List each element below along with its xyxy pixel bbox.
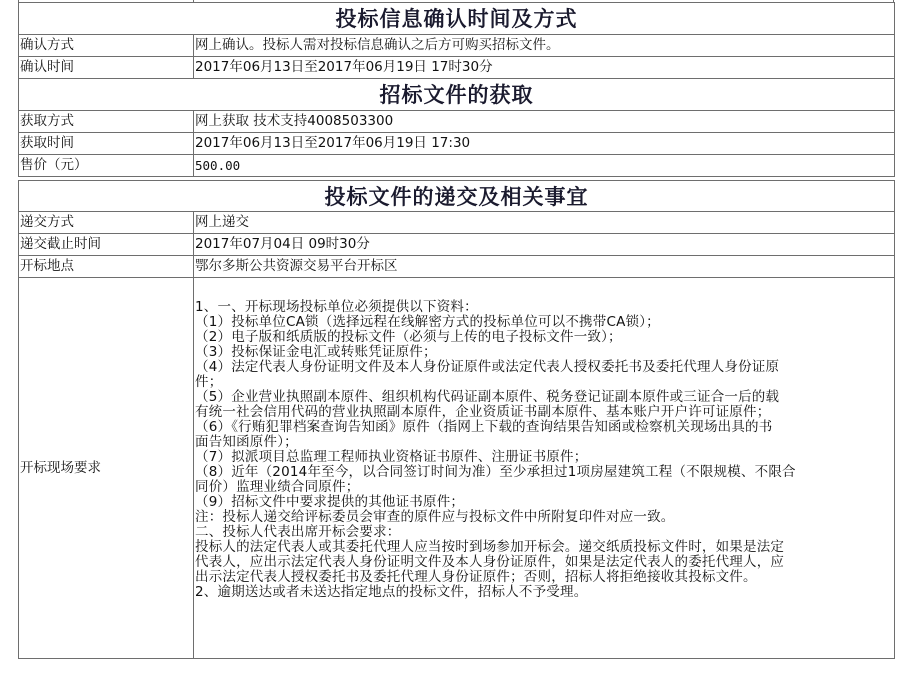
requirements-line: 面告知函原件）； — [195, 435, 886, 450]
requirements-line: （9）招标文件中要求提供的其他证书原件； — [195, 495, 886, 510]
section-heading-submission: 投标文件的递交及相关事宜 — [19, 181, 895, 212]
table-row: 确认方式 网上确认。投标人需对投标信息确认之后方可购买招标文件。 — [19, 35, 895, 57]
row-label: 获取方式 — [19, 111, 194, 133]
bid-submission-table: 投标文件的递交及相关事宜 递交方式 网上递交 递交截止时间 2017年07月04… — [18, 180, 895, 659]
requirements-line: （3）投标保证金电汇或转账凭证原件； — [195, 345, 886, 360]
requirements-line: （4）法定代表人身份证明文件及本人身份证原件或法定代表人授权委托书及委托代理人身… — [195, 360, 886, 375]
table-row: 递交截止时间 2017年07月04日 09时30分 — [19, 234, 895, 256]
row-value: 2017年07月04日 09时30分 — [194, 234, 895, 256]
requirements-line: 代表人，应出示法定代表人身份证明文件及本人身份证原件，如果是法定代表人的委托代理… — [195, 555, 886, 570]
requirements-line: 二、投标人代表出席开标会要求： — [195, 525, 886, 540]
row-label: 确认时间 — [19, 57, 194, 79]
row-value: 网上获取 技术支持4008503300 — [194, 111, 895, 133]
requirements-line: 1、一、开标现场投标单位必须提供以下资料： — [195, 300, 886, 315]
requirements-line: 件； — [195, 375, 886, 390]
row-label: 递交方式 — [19, 212, 194, 234]
row-value: 网上递交 — [194, 212, 895, 234]
requirements-line: 2、逾期送达或者未送达指定地点的投标文件，招标人不予受理。 — [195, 585, 886, 600]
bid-info-table: 投标信息确认时间及方式 确认方式 网上确认。投标人需对投标信息确认之后方可购买招… — [18, 2, 895, 177]
table-row: 开标地点 鄂尔多斯公共资源交易平台开标区 — [19, 256, 895, 278]
requirements-line: 注：投标人递交给评标委员会审查的原件应与投标文件中所附复印件对应一致。 — [195, 510, 886, 525]
requirements-line: （2）电子版和纸质版的投标文件（必须与上传的电子投标文件一致）； — [195, 330, 886, 345]
requirements-line: 投标人的法定代表人或其委托代理人应当按时到场参加开标会。递交纸质投标文件时，如果… — [195, 540, 886, 555]
requirements-text: 1、一、开标现场投标单位必须提供以下资料： （1）投标单位CA锁（选择远程在线解… — [194, 278, 895, 659]
requirements-line: 同价）监理业绩合同原件； — [195, 480, 886, 495]
row-label: 售价（元） — [19, 155, 194, 177]
requirements-line: 出示法定代表人授权委托书及委托代理人身份证原件；否则，招标人将拒绝接收其投标文件… — [195, 570, 886, 585]
table-row-requirements: 开标现场要求 1、一、开标现场投标单位必须提供以下资料： （1）投标单位CA锁（… — [19, 278, 895, 659]
requirements-line: （1）投标单位CA锁（选择远程在线解密方式的投标单位可以不携带CA锁）； — [195, 315, 886, 330]
row-value: 网上确认。投标人需对投标信息确认之后方可购买招标文件。 — [194, 35, 895, 57]
row-value: 2017年06月13日至2017年06月19日 17:30 — [194, 133, 895, 155]
table-row: 递交方式 网上递交 — [19, 212, 895, 234]
requirements-line: （8）近年（2014年至今，以合同签订时间为准）至少承担过1项房屋建筑工程（不限… — [195, 465, 886, 480]
requirements-line: 有统一社会信用代码的营业执照副本原件，企业资质证书副本原件、基本账户开户许可证原… — [195, 405, 886, 420]
section-heading-confirmation: 投标信息确认时间及方式 — [19, 3, 895, 35]
requirements-line: （6）《行贿犯罪档案查询告知函》原件（指网上下载的查询结果告知函或检察机关现场出… — [195, 420, 886, 435]
row-label: 开标现场要求 — [19, 278, 194, 659]
section-heading-document-acquisition: 招标文件的获取 — [19, 79, 895, 111]
row-label: 开标地点 — [19, 256, 194, 278]
table-row: 获取方式 网上获取 技术支持4008503300 — [19, 111, 895, 133]
table-row: 确认时间 2017年06月13日至2017年06月19日 17时30分 — [19, 57, 895, 79]
row-label: 递交截止时间 — [19, 234, 194, 256]
table-row: 售价（元） 500.00 — [19, 155, 895, 177]
table-row: 获取时间 2017年06月13日至2017年06月19日 17:30 — [19, 133, 895, 155]
row-label: 获取时间 — [19, 133, 194, 155]
row-label: 确认方式 — [19, 35, 194, 57]
requirements-line: （7）拟派项目总监理工程师执业资格证书原件、注册证书原件； — [195, 450, 886, 465]
row-value: 2017年06月13日至2017年06月19日 17时30分 — [194, 57, 895, 79]
requirements-line: （5）企业营业执照副本原件、组织机构代码证副本原件、税务登记证副本原件或三证合一… — [195, 390, 886, 405]
row-value: 500.00 — [194, 155, 895, 177]
row-value: 鄂尔多斯公共资源交易平台开标区 — [194, 256, 895, 278]
